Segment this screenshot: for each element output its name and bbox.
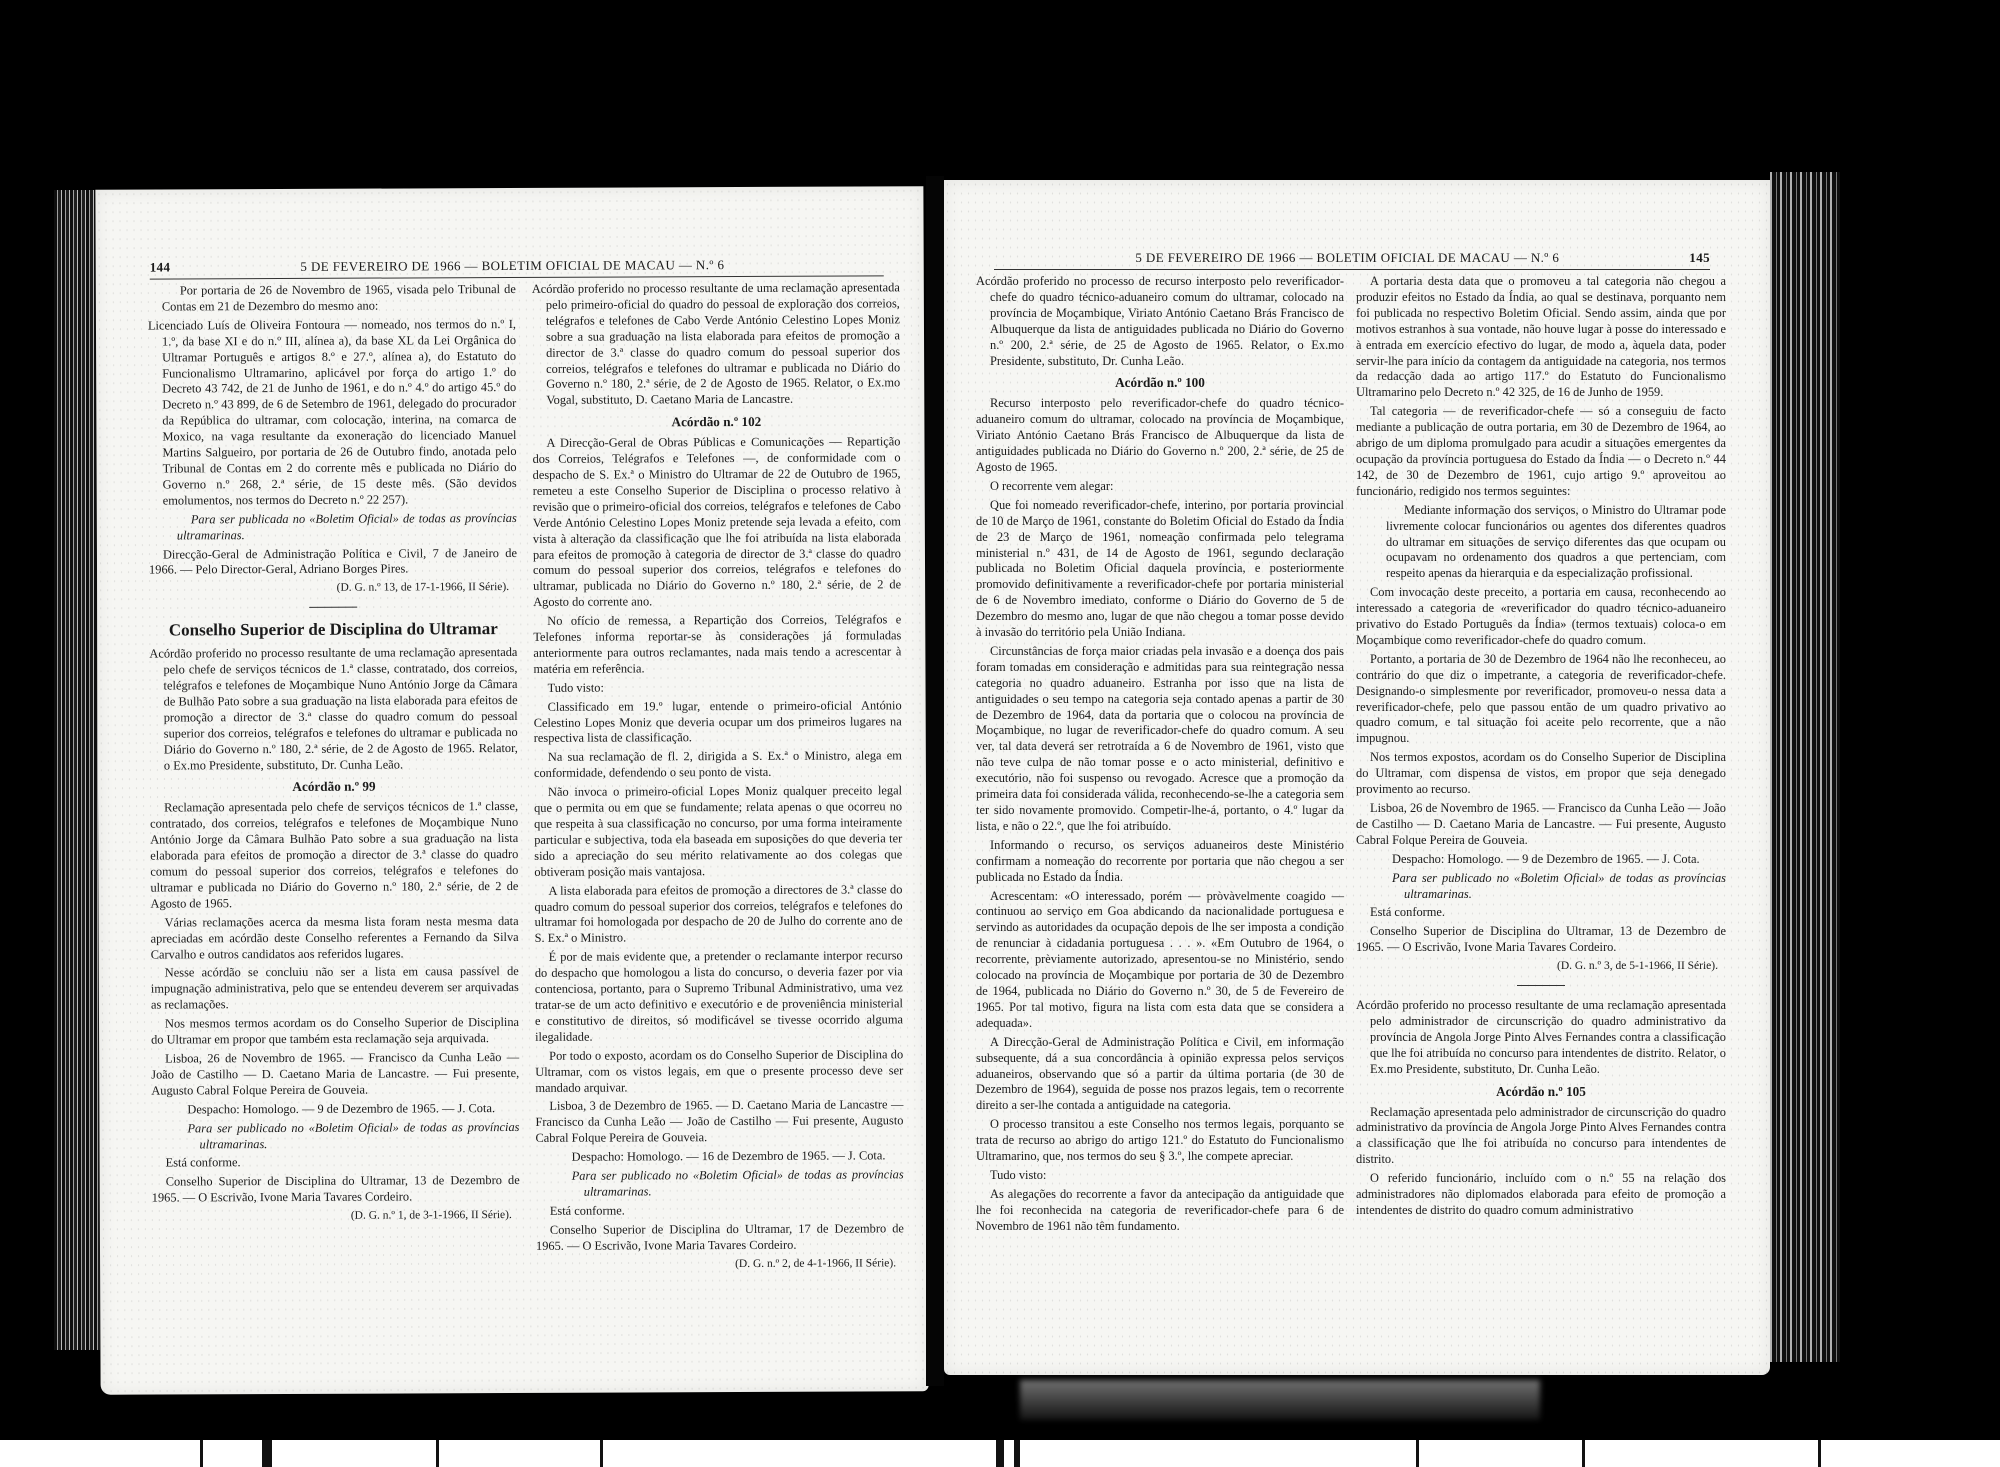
right-page: 5 DE FEVEREIRO DE 1966 — BOLETIM OFICIAL…	[944, 180, 1770, 1375]
signatures: Lisboa, 26 de Novembro de 1965. — Franci…	[1356, 801, 1726, 849]
signatures: Lisboa, 3 de Dezembro de 1965. — D. Caet…	[535, 1098, 903, 1147]
book-page-edges-left	[54, 190, 100, 1350]
paragraph: Recurso interposto pelo reverificador-ch…	[976, 396, 1344, 476]
despacho: Despacho: Homologo. — 16 de Dezembro de …	[572, 1148, 904, 1165]
paragraph: Tal categoria — de reverificador-chefe —…	[1356, 404, 1726, 499]
paragraph: A Direcção-Geral de Administração Políti…	[976, 1035, 1344, 1115]
dg-reference: (D. G. n.º 3, de 5-1-1966, II Série).	[1356, 959, 1718, 975]
paragraph: Por todo o exposto, acordam os do Consel…	[535, 1047, 903, 1096]
paragraph: Acrescentam: «O interessado, porém — prò…	[976, 889, 1344, 1032]
paragraph: Circunstâncias de força maior criadas pe…	[976, 644, 1344, 835]
paragraph: O processo transitou a este Conselho nos…	[976, 1117, 1344, 1165]
paragraph: O referido funcionário, incluído com o n…	[1356, 1171, 1726, 1219]
paragraph: Classificado em 19.º lugar, entende o pr…	[534, 698, 902, 747]
signoff: Direcção-Geral de Administração Política…	[149, 545, 517, 578]
ruler-tick	[436, 1440, 439, 1467]
paragraph: As alegações do recorrente a favor da an…	[976, 1187, 1344, 1235]
running-head-left: 144 5 DE FEVEREIRO DE 1966 — BOLETIM OFI…	[150, 250, 884, 279]
acordao-summary: Acórdão proferido no processo resultante…	[149, 645, 518, 774]
dg-reference: (D. G. n.º 2, de 4-1-1966, II Série).	[536, 1256, 896, 1273]
despacho: Despacho: Homologo. — 9 de Dezembro de 1…	[187, 1101, 519, 1118]
ruler-tick	[262, 1440, 272, 1467]
section-divider	[1517, 985, 1565, 986]
right-page-column-2: A portaria desta data que o promoveu a t…	[1356, 274, 1726, 1222]
running-title: 5 DE FEVEREIRO DE 1966 — BOLETIM OFICIAL…	[994, 250, 1689, 266]
portaria-intro: Por portaria de 26 de Novembro de 1965, …	[162, 282, 516, 315]
section-divider	[309, 607, 357, 608]
paragraph: Reclamação apresentada pelo administrado…	[1356, 1105, 1726, 1169]
running-head-right: 5 DE FEVEREIRO DE 1966 — BOLETIM OFICIAL…	[994, 244, 1710, 270]
publish-note: Para ser publicado no «Boletim Oficial» …	[187, 1120, 519, 1153]
paragraph: O recorrente vem alegar:	[976, 479, 1344, 495]
publish-note: Para ser publicada no «Boletim Oficial» …	[177, 511, 517, 544]
signatures: Lisboa, 26 de Novembro de 1965. — Franci…	[151, 1050, 519, 1099]
paragraph: Nos mesmos termos acordam os do Conselho…	[151, 1015, 519, 1048]
ruler-tick	[600, 1440, 603, 1467]
paragraph: A portaria desta data que o promoveu a t…	[1356, 274, 1726, 401]
paragraph: Informando o recurso, os serviços aduane…	[976, 838, 1344, 886]
acordao-summary: Acórdão proferido no processo de recurso…	[976, 274, 1344, 369]
ruler-tick	[1582, 1440, 1585, 1467]
paragraph: A lista elaborada para efeitos de promoç…	[534, 882, 902, 947]
right-page-column-1: Acórdão proferido no processo de recurso…	[976, 274, 1344, 1238]
decree-quote: Mediante informação dos serviços, o Mini…	[1386, 503, 1726, 583]
acordao-heading: Acórdão n.º 99	[150, 778, 518, 796]
acordao-summary: Acórdão proferido no processo resultante…	[532, 280, 901, 409]
paragraph: Na sua reclamação de fl. 2, dirigida a S…	[534, 749, 902, 782]
paragraph: Várias reclamações acerca da mesma lista…	[151, 914, 519, 963]
paragraph: Portanto, a portaria de 30 de Dezembro d…	[1356, 652, 1726, 747]
paragraph: Reclamação apresentada pelo chefe de ser…	[150, 799, 518, 912]
closing: Conselho Superior de Disciplina do Ultra…	[1356, 924, 1726, 956]
paragraph: Com invocação deste preceito, a portaria…	[1356, 585, 1726, 649]
acordao-heading: Acórdão n.º 100	[976, 375, 1344, 391]
section-title: Conselho Superior de Disciplina do Ultra…	[149, 619, 517, 641]
dg-reference: (D. G. n.º 1, de 3-1-1966, II Série).	[152, 1208, 512, 1225]
ruler-tick	[1014, 1440, 1020, 1467]
publish-note: Para ser publicado no «Boletim Oficial» …	[1392, 871, 1726, 903]
paragraph: A Direcção-Geral de Obras Públicas e Com…	[532, 434, 901, 611]
scan-shadow	[1020, 1380, 1540, 1420]
left-page-column-2: Acórdão proferido no processo resultante…	[532, 280, 904, 1276]
paragraph: Nesse acórdão se concluiu não ser a list…	[151, 964, 519, 1013]
dg-reference: (D. G. n.º 13, de 17-1-1966, II Série).	[149, 580, 509, 597]
page-number: 145	[1689, 250, 1710, 266]
page-number: 144	[150, 259, 171, 275]
conforme: Está conforme.	[152, 1154, 520, 1172]
left-page: 144 5 DE FEVEREIRO DE 1966 — BOLETIM OFI…	[95, 186, 928, 1395]
paragraph: É por de mais evidente que, a pretender …	[535, 949, 903, 1046]
ruler-tick	[200, 1440, 203, 1467]
paragraph: Nos termos expostos, acordam os do Conse…	[1356, 750, 1726, 798]
conforme: Está conforme.	[536, 1202, 904, 1220]
scan-ruler-strip	[0, 1440, 2000, 1467]
acordao-heading: Acórdão n.º 102	[532, 414, 900, 432]
book-gutter	[926, 176, 944, 1386]
acordao-summary: Acórdão proferido no processo resultante…	[1356, 998, 1726, 1078]
paragraph: Que foi nomeado reverificador-chefe, int…	[976, 498, 1344, 641]
book-page-edges-right	[1770, 172, 1840, 1362]
acordao-heading: Acórdão n.º 105	[1356, 1084, 1726, 1100]
appointment-text: Licenciado Luís de Oliveira Fontoura — n…	[148, 317, 517, 509]
ruler-tick	[1416, 1440, 1419, 1467]
despacho: Despacho: Homologo. — 9 de Dezembro de 1…	[1392, 852, 1726, 868]
paragraph: Tudo visto:	[534, 679, 902, 697]
paragraph: Tudo visto:	[976, 1168, 1344, 1184]
paragraph: Não invoca o primeiro-oficial Lopes Moni…	[534, 783, 902, 880]
ruler-tick	[996, 1440, 1004, 1467]
publish-note: Para ser publicado no «Boletim Oficial» …	[572, 1167, 904, 1200]
ruler-tick	[1818, 1440, 1821, 1467]
running-title: 5 DE FEVEREIRO DE 1966 — BOLETIM OFICIAL…	[240, 256, 883, 275]
left-page-column-1: Por portaria de 26 de Novembro de 1965, …	[148, 282, 520, 1229]
closing: Conselho Superior de Disciplina do Ultra…	[152, 1173, 520, 1206]
closing: Conselho Superior de Disciplina do Ultra…	[536, 1221, 904, 1254]
paragraph: No ofício de remessa, a Repartição dos C…	[533, 612, 901, 677]
conforme: Está conforme.	[1356, 905, 1726, 921]
